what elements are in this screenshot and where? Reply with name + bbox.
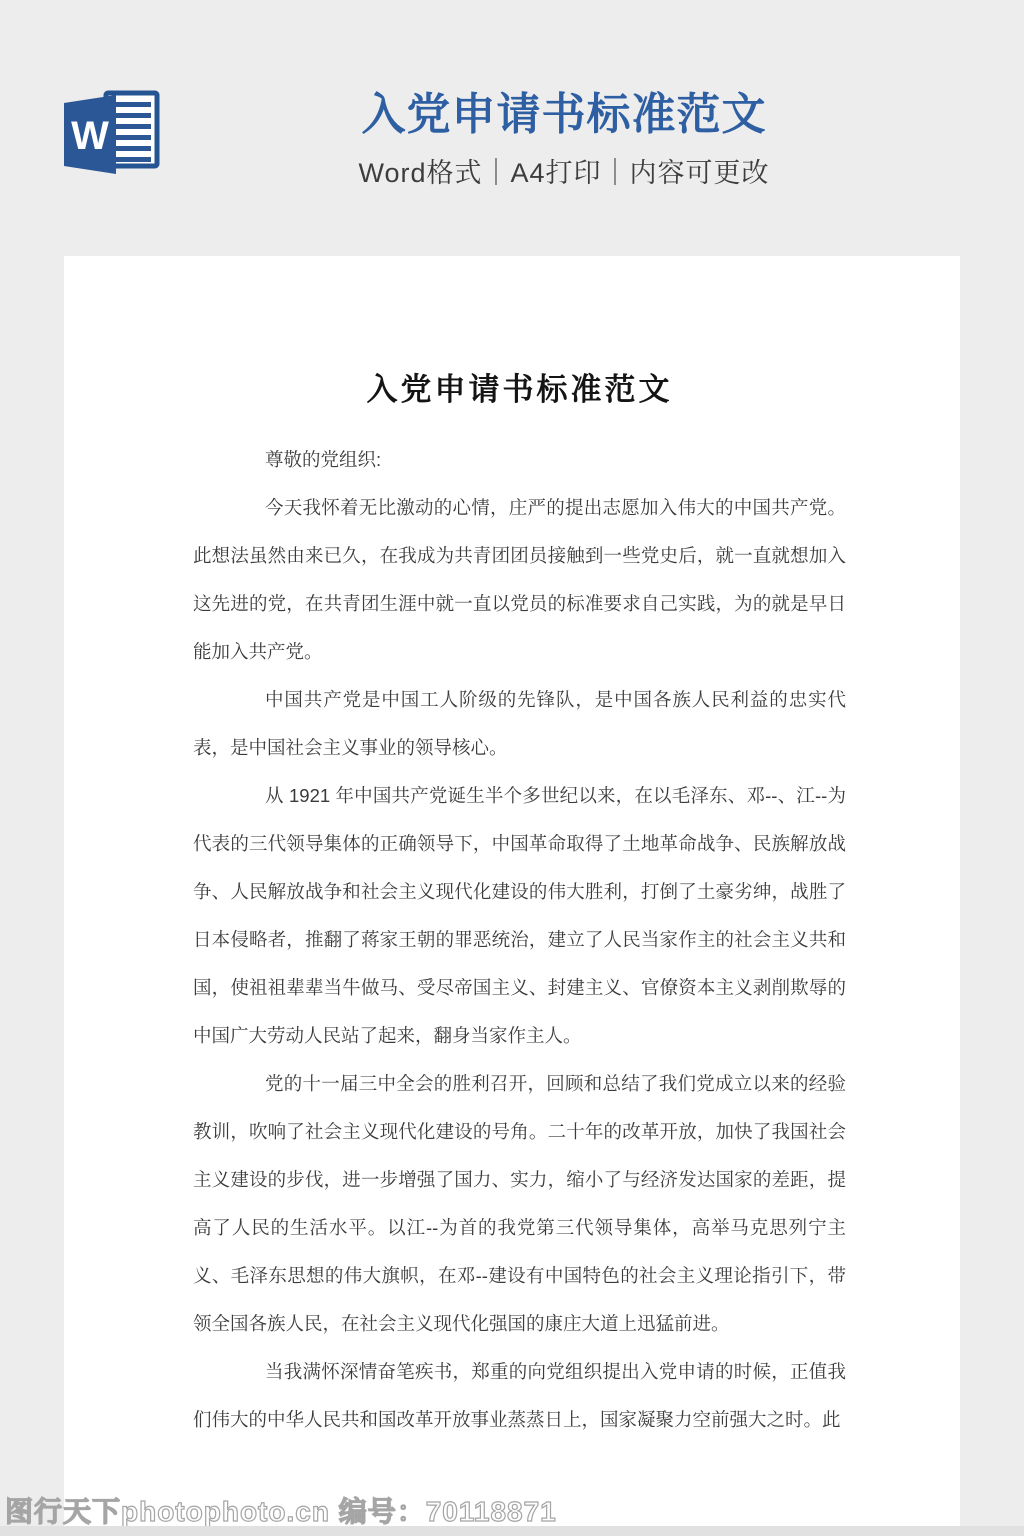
document-salutation: 尊敬的党组织: (193, 436, 846, 484)
document-body: 尊敬的党组织: 今天我怀着无比激动的心情，庄严的提出志愿加入伟大的中国共产党。此… (193, 436, 846, 1444)
header-text-block: 入党申请书标准范文 Word格式｜A4打印｜内容可更改 (358, 90, 769, 190)
document-paragraph: 从 1921 年中国共产党诞生半个多世纪以来，在以毛泽东、邓--、江--为代表的… (193, 772, 846, 1060)
document-title: 入党申请书标准范文 (193, 368, 846, 412)
word-icon-letter: W (71, 114, 109, 158)
document-paragraph: 今天我怀着无比激动的心情，庄严的提出志愿加入伟大的中国共产党。此想法虽然由来已久… (193, 484, 846, 676)
header: W 入党申请书标准范文 Word格式｜A4打印｜内容可更改 (0, 0, 1024, 256)
watermark: 图行天下photophoto.cn 编号：70118871 (5, 1490, 557, 1530)
document-paragraph: 当我满怀深情奋笔疾书，郑重的向党组织提出入党申请的时候，正值我们伟大的中华人民共… (193, 1348, 846, 1444)
page-title: 入党申请书标准范文 (358, 90, 769, 139)
page-subtitle: Word格式｜A4打印｜内容可更改 (358, 151, 769, 190)
document-paragraph: 党的十一届三中全会的胜利召开，回顾和总结了我们党成立以来的经验教训，吹响了社会主… (193, 1060, 846, 1348)
document-paragraph: 中国共产党是中国工人阶级的先锋队，是中国各族人民利益的忠实代表，是中国社会主义事… (193, 676, 846, 772)
document-page: 入党申请书标准范文 尊敬的党组织: 今天我怀着无比激动的心情，庄严的提出志愿加入… (64, 256, 960, 1526)
word-icon: W (64, 90, 160, 174)
bottom-strip-divider (0, 1526, 1024, 1536)
